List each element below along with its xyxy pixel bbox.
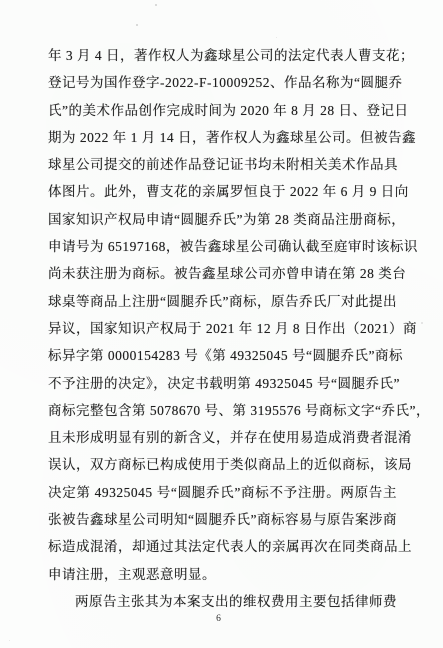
scan-speck xyxy=(421,322,423,324)
text-line: 体图片。此外，曹支花的亲属罗恒良于 2022 年 6 月 9 日向 xyxy=(48,178,397,205)
text-line: 商标完整包含第 5078670 号、第 3195576 号商标文字“乔氏”， xyxy=(48,397,397,424)
scan-speck xyxy=(276,37,277,38)
scan-speck xyxy=(405,322,407,324)
text-line: 氏”的美术作品创作完成时间为 2020 年 8 月 28 日、登记日 xyxy=(48,97,397,124)
text-line: 且未形成明显有别的新含义，并存在使用易造成消费者混淆 xyxy=(48,424,397,451)
text-line: 张被告鑫球星公司明知“圆腿乔氏”商标容易与原告案涉商 xyxy=(48,506,397,533)
text-line: 两原告主张其为本案支出的维权费用主要包括律师费 xyxy=(48,588,397,615)
text-line: 球星公司提交的前述作品登记证书均未附相关美术作品具 xyxy=(48,151,397,178)
text-line: 标造成混淆，却通过其法定代表人的亲属再次在同类商品上 xyxy=(48,533,397,560)
text-line: 决定第 49325045 号“圆腿乔氏”商标不予注册。两原告主 xyxy=(48,479,397,506)
document-page: 年 3 月 4 日，著作权人为鑫球星公司的法定代表人曹支花； 登记号为国作登字-… xyxy=(0,0,443,648)
text-line: 尚未获注册为商标。被告鑫星球公司亦曾申请在第 28 类台 xyxy=(48,260,397,287)
text-line: 申请注册，主观恶意明显。 xyxy=(48,561,397,588)
scan-speck xyxy=(155,4,157,6)
text-line: 申请号为 65197168，被告鑫球星公司确认截至庭审时该标识 xyxy=(48,233,397,260)
page-number: 6 xyxy=(0,614,437,624)
scan-speck xyxy=(136,24,138,26)
scan-speck xyxy=(9,640,10,641)
text-line: 误认，双方商标已构成使用于类似商品上的近似商标，该局 xyxy=(48,451,397,478)
document-body: 年 3 月 4 日，著作权人为鑫球星公司的法定代表人曹支花； 登记号为国作登字-… xyxy=(48,42,397,615)
text-line: 年 3 月 4 日，著作权人为鑫球星公司的法定代表人曹支花； xyxy=(48,42,397,69)
text-line: 国家知识产权局申请“圆腿乔氏”为第 28 类商品注册商标， xyxy=(48,206,397,233)
text-line: 异议，国家知识产权局于 2021 年 12 月 8 日作出（2021）商 xyxy=(48,315,397,342)
text-line: 期为 2022 年 1 月 14 日，著作权人为鑫球星公司。但被告鑫 xyxy=(48,124,397,151)
text-line: 标异字第 0000154283 号《第 49325045 号“圆腿乔氏”商标 xyxy=(48,342,397,369)
text-line: 球桌等商品上注册“圆腿乔氏”商标，原告乔氏厂对此提出 xyxy=(48,288,397,315)
text-line: 不予注册的决定》，决定书载明第 49325045 号“圆腿乔氏” xyxy=(48,370,397,397)
text-line: 登记号为国作登字-2022-F-10009252、作品名称为“圆腿乔 xyxy=(48,69,397,96)
